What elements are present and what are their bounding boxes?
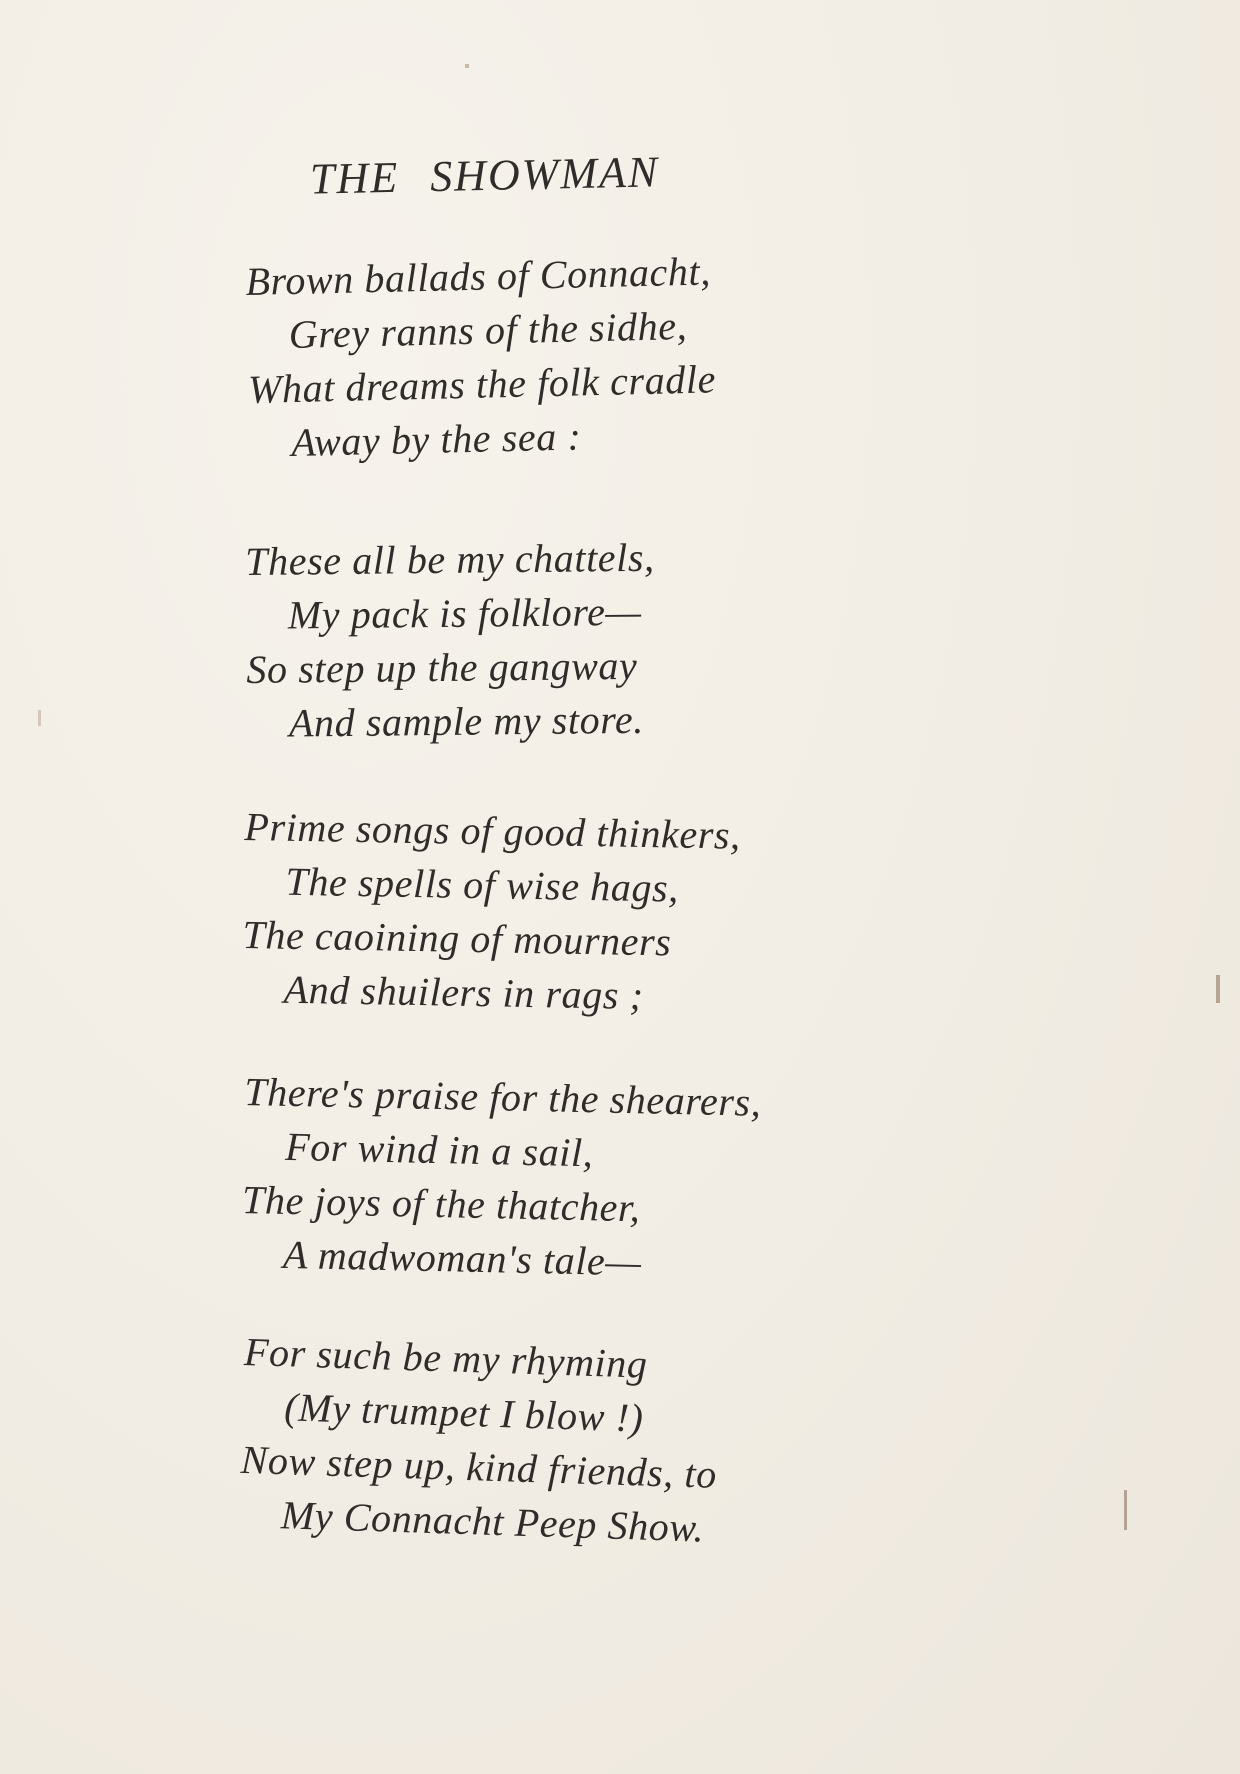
stanza-5: For such be my rhyming (My trumpet I blo…	[238, 1325, 721, 1556]
poem-line: A madwoman's tale—	[240, 1227, 758, 1292]
stanza-1: Brown ballads of Connacht, Grey ranns of…	[245, 244, 718, 471]
paper-speck	[465, 64, 469, 68]
stanza-2: These all be my chattels, My pack is fol…	[245, 531, 657, 751]
poem-line: My pack is folklore—	[246, 585, 656, 643]
stanza-4: There's praise for the shearers, For win…	[240, 1065, 761, 1292]
poem-line: Away by the sea :	[249, 406, 718, 471]
poem-line: The caoining of mourners	[242, 908, 739, 971]
poem-line: And sample my store.	[247, 693, 657, 751]
paper-speck	[1216, 975, 1220, 1003]
stanza-3: Prime songs of good thinkers, The spells…	[241, 800, 741, 1025]
poem-title: THE SHOWMAN	[310, 146, 660, 204]
poem-line: Prime songs of good thinkers,	[244, 800, 741, 863]
paper-speck	[38, 710, 41, 726]
poem-line: These all be my chattels,	[245, 531, 655, 589]
poem-line: So step up the gangway	[246, 639, 656, 697]
poem-line: And shuilers in rags ;	[241, 962, 738, 1025]
paper-speck	[1124, 1490, 1127, 1530]
poem-line: What dreams the folk cradle	[247, 352, 716, 417]
book-page: THE SHOWMAN Brown ballads of Connacht, G…	[0, 0, 1240, 1774]
poem-line: The spells of wise hags,	[243, 854, 740, 917]
